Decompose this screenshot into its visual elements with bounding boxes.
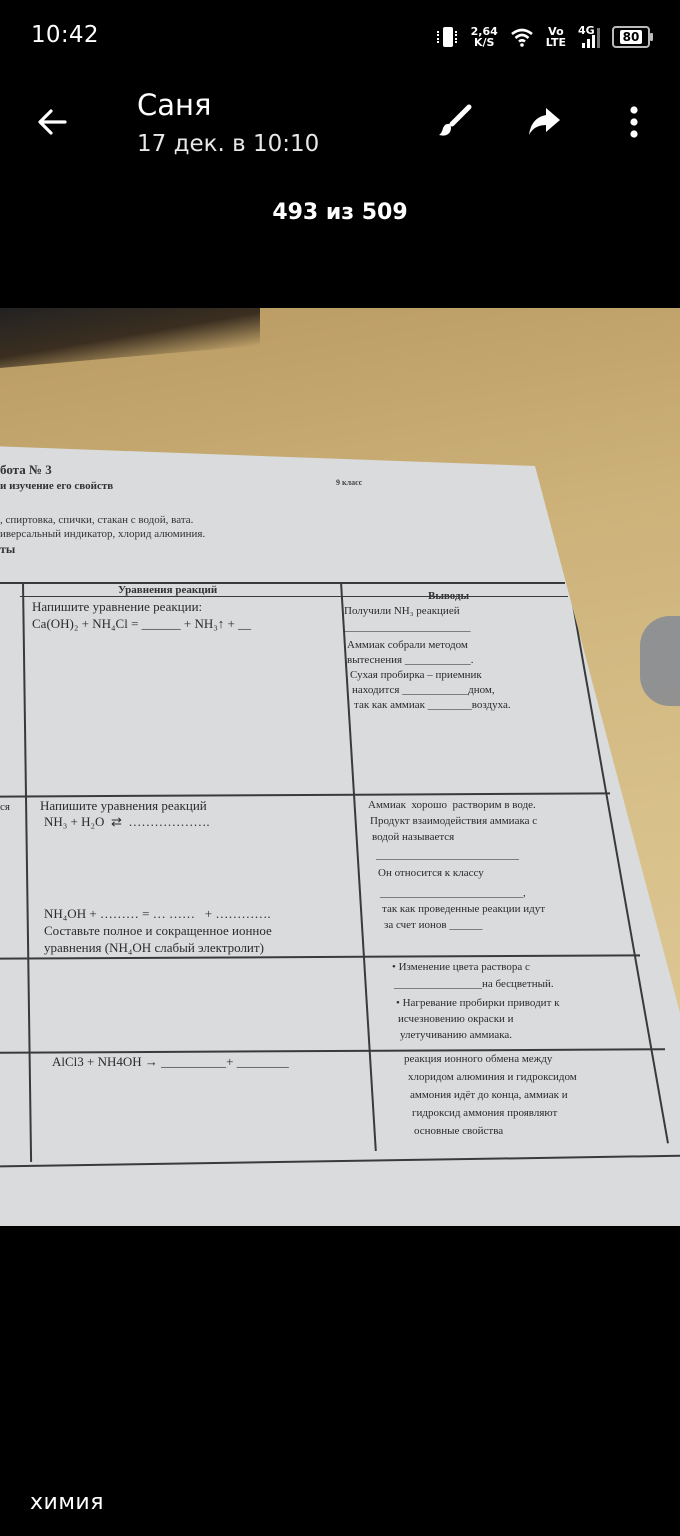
row1-conclusion-line: Аммиак собрали методом xyxy=(347,638,468,653)
row2-conclusion-line: Продукт взаимодействия аммиака с xyxy=(370,814,537,829)
volte-bottom: LTE xyxy=(546,37,566,48)
edit-button[interactable] xyxy=(432,100,476,144)
status-icons: 2,64 K/S Vo LTE 4G 80 xyxy=(437,22,650,52)
back-button[interactable] xyxy=(30,100,74,144)
photo-image[interactable]: бота № 3 и изучение его свойств 9 класс … xyxy=(0,308,680,1226)
row2-left-fragment: ся xyxy=(0,800,10,815)
photo-caption: химия xyxy=(30,1490,104,1515)
row4-conclusion-line: гидроксид аммония проявляют xyxy=(412,1106,557,1121)
desk-shadow xyxy=(0,308,260,368)
vibrate-icon xyxy=(437,26,459,48)
table-border-bottom xyxy=(0,1155,680,1168)
clock: 10:42 xyxy=(31,22,99,48)
more-options-button[interactable] xyxy=(612,100,656,144)
row1-equation-line: Напишите уравнение реакции: xyxy=(32,599,202,614)
network-type: 4G xyxy=(578,24,595,37)
row2-equation-line: уравнения (NH₄OH слабый электролит) xyxy=(44,940,264,955)
row1-conclusion-line: _______________________ xyxy=(344,620,471,635)
row2-conclusion-line: Аммиак хорошо растворим в воде. xyxy=(368,798,536,813)
row3-conclusion-line: исчезновению окраски и xyxy=(398,1012,514,1027)
table-row-rule-2 xyxy=(0,954,640,959)
row2-equation-line: NH₃ + H₂O ⇄ ………………. xyxy=(44,814,210,829)
signal-icon: 4G xyxy=(578,26,600,48)
row4-conclusion-line: реакция ионного обмена между xyxy=(404,1052,552,1067)
row1-conclusion-line: Получили NH₃ реакцией xyxy=(344,604,460,619)
row3-conclusion-line: • Нагревание пробирки приводит к xyxy=(396,996,559,1011)
row4-conclusion-line: основные свойства xyxy=(414,1124,503,1139)
volte-indicator: Vo LTE xyxy=(546,26,566,48)
worksheet-paper: бота № 3 и изучение его свойств 9 класс … xyxy=(0,436,680,1226)
app-bar: Саня 17 дек. в 10:10 xyxy=(0,76,680,186)
wifi-icon xyxy=(510,27,534,47)
battery-icon: 80 xyxy=(612,26,650,48)
share-icon xyxy=(526,106,562,138)
table-col-rule-1 xyxy=(22,582,32,1162)
brush-icon xyxy=(436,104,472,140)
equipment-line-2: иверсальный индикатор, хлорид алюминия. xyxy=(0,528,205,540)
doc-title: бота № 3 xyxy=(0,462,52,478)
doc-subtitle: и изучение его свойств xyxy=(0,480,113,492)
row1-conclusion-line: Сухая пробирка – приемник xyxy=(350,668,482,683)
row3-conclusion-line: ________________на бесцветный. xyxy=(394,977,554,992)
row4-conclusion-line: аммония идёт до конца, аммиак и xyxy=(410,1088,568,1103)
row2-equation-line: NH₄OH + ……… = … …… + …………. xyxy=(44,906,271,921)
row2-conclusion-line: Он относится к классу xyxy=(378,866,484,881)
header-equations: Уравнения реакций xyxy=(118,584,217,596)
status-bar: 10:42 2,64 K/S Vo LTE 4G 80 xyxy=(0,0,680,76)
back-arrow-icon xyxy=(36,108,68,136)
table-row-rule-1 xyxy=(0,792,610,797)
row2-equation-line: Напишите уравнения реакций xyxy=(40,798,207,813)
table-border-top xyxy=(0,582,565,584)
table-header-rule xyxy=(20,596,568,597)
network-speed-unit: K/S xyxy=(471,37,498,48)
row3-conclusion-line: • Изменение цвета раствора с xyxy=(392,960,530,975)
image-counter: 493 из 509 xyxy=(0,200,680,225)
sender-name: Саня xyxy=(137,88,211,122)
row1-conclusion-line: находится ____________дном, xyxy=(352,683,495,698)
row1-equation-line: Ca(OH)₂ + NH₄Cl = ______ + NH₃↑ + __ xyxy=(32,616,251,631)
section-label: ты xyxy=(0,542,15,557)
row2-conclusion-line: за счет ионов ______ xyxy=(384,918,482,933)
row2-conclusion-line: водой называется xyxy=(372,830,454,845)
share-button[interactable] xyxy=(522,100,566,144)
doc-grade: 9 класс xyxy=(336,478,362,487)
row2-conclusion-line: так как проведенные реакции идут xyxy=(382,902,545,917)
row1-conclusion-line: вытеснения ____________. xyxy=(347,653,474,668)
cup-object xyxy=(640,616,680,706)
row1-conclusion-line: так как аммиак ________воздуха. xyxy=(354,698,511,713)
table-row-rule-3 xyxy=(0,1048,665,1053)
battery-level: 80 xyxy=(620,30,643,44)
row2-conclusion-line: __________________________, xyxy=(380,886,526,901)
row2-equation-line: Составьте полное и сокращенное ионное xyxy=(44,923,272,938)
row4-equation-line: AlCl3 + NH4OH → __________+ ________ xyxy=(52,1054,289,1069)
row3-conclusion-line: улетучиванию аммиака. xyxy=(400,1028,512,1043)
more-vert-icon xyxy=(629,105,639,139)
row2-conclusion-line: __________________________ xyxy=(376,848,519,863)
header-conclusions: Выводы xyxy=(428,590,469,602)
network-speed: 2,64 K/S xyxy=(471,26,498,48)
message-date: 17 дек. в 10:10 xyxy=(137,131,319,157)
equipment-line-1: , спиртовка, спички, стакан с водой, ват… xyxy=(0,514,193,526)
row4-conclusion-line: хлоридом алюминия и гидроксидом xyxy=(408,1070,577,1085)
